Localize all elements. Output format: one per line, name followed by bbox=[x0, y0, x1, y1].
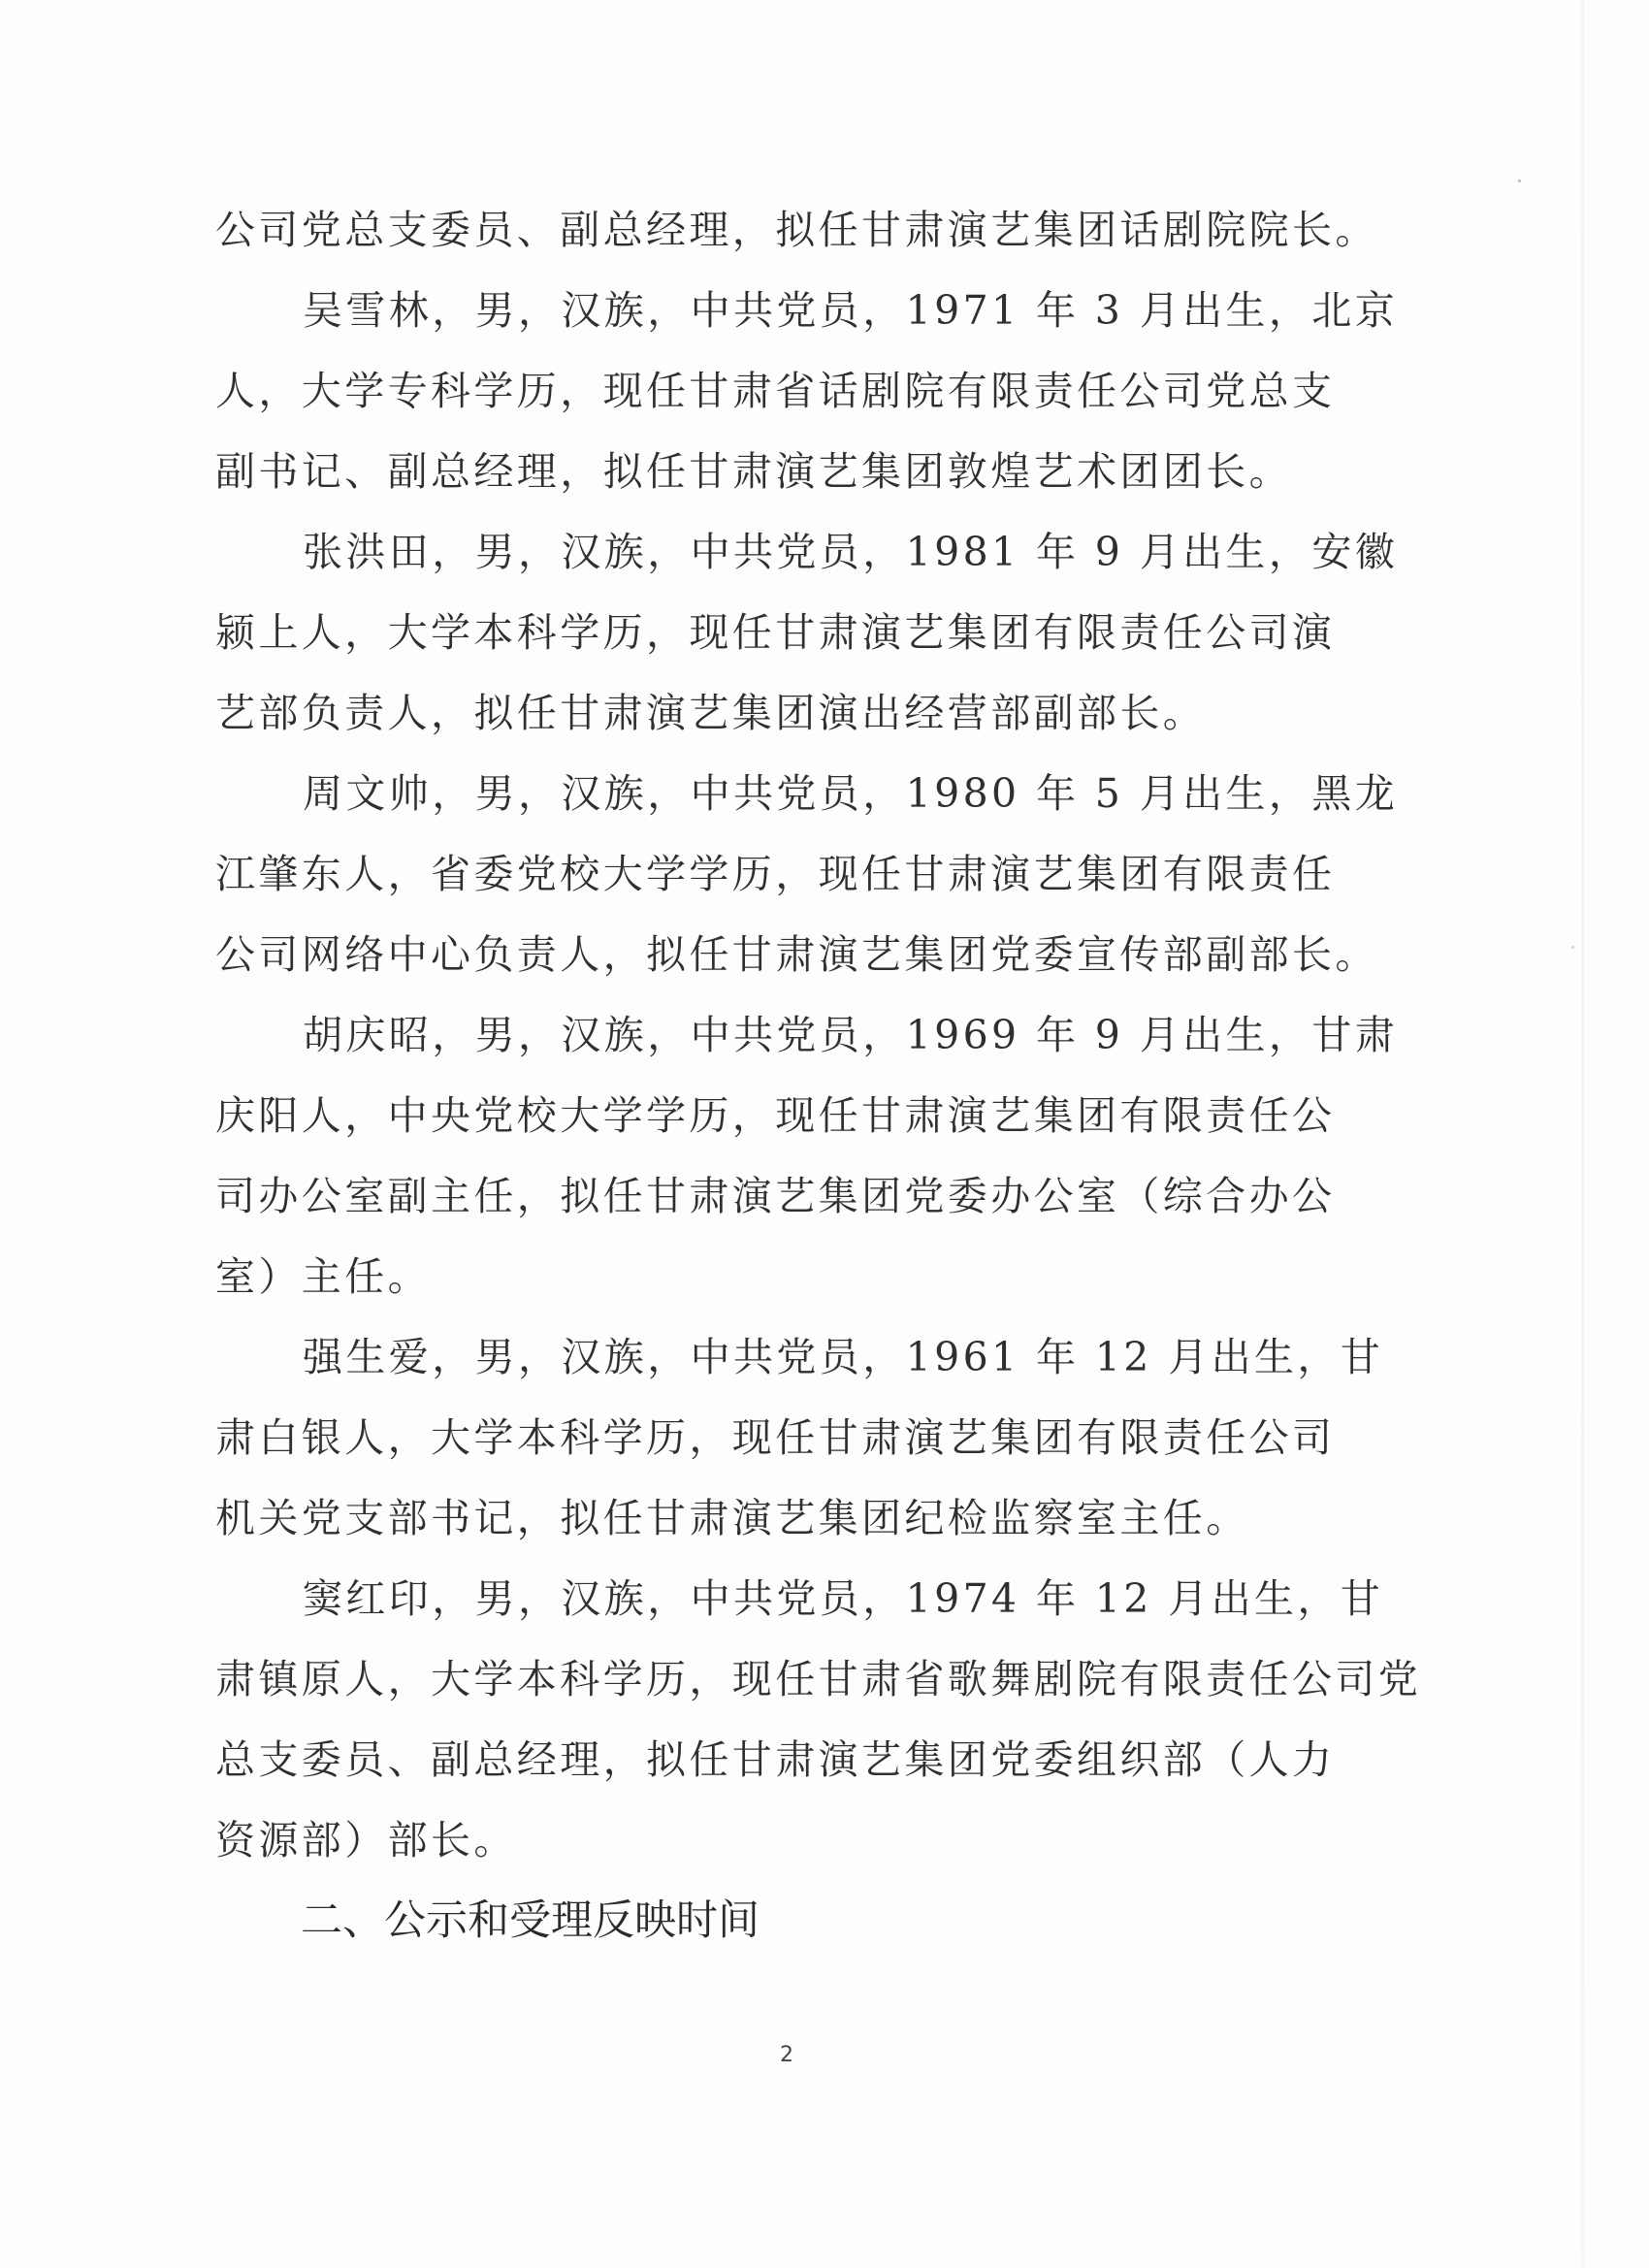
body-line: 司办公室副主任，拟任甘肃演艺集团党委办公室（综合办公 bbox=[215, 1167, 1335, 1225]
body-line: 总支委员、副总经理，拟任甘肃演艺集团党委组织部（人力 bbox=[215, 1731, 1335, 1789]
body-line: 资源部）部长。 bbox=[215, 1811, 517, 1869]
body-line-paragraph-start: 张洪田，男，汉族，中共党员，1981 年 9 月出生，安徽 bbox=[303, 523, 1398, 581]
body-line: 肃镇原人，大学本科学历，现任甘肃省歌舞剧院有限责任公司党 bbox=[215, 1650, 1421, 1708]
body-line: 室）主任。 bbox=[215, 1247, 431, 1306]
scan-speck bbox=[1571, 946, 1574, 949]
body-line: 颍上人，大学本科学历，现任甘肃演艺集团有限责任公司演 bbox=[215, 603, 1335, 662]
section-heading: 二、公示和受理反映时间 bbox=[301, 1892, 760, 1950]
document-page: 公司党总支委员、副总经理，拟任甘肃演艺集团话剧院院长。 吴雪林，男，汉族，中共党… bbox=[0, 0, 1649, 2268]
scan-speck bbox=[1518, 179, 1521, 182]
body-line: 公司网络中心负责人，拟任甘肃演艺集团党委宣传部副部长。 bbox=[215, 925, 1378, 984]
body-line: 副书记、副总经理，拟任甘肃演艺集团敦煌艺术团团长。 bbox=[215, 442, 1292, 501]
body-line-paragraph-start: 强生爱，男，汉族，中共党员，1961 年 12 月出生，甘 bbox=[303, 1328, 1383, 1386]
body-line: 庆阳人，中央党校大学学历，现任甘肃演艺集团有限责任公 bbox=[215, 1086, 1335, 1145]
body-line: 艺部负责人，拟任甘肃演艺集团演出经营部副部长。 bbox=[215, 684, 1206, 742]
body-line: 机关党支部书记，拟任甘肃演艺集团纪检监察室主任。 bbox=[215, 1489, 1249, 1547]
body-line-paragraph-start: 吴雪林，男，汉族，中共党员，1971 年 3 月出生，北京 bbox=[303, 281, 1398, 340]
body-line: 江肇东人，省委党校大学学历，现任甘肃演艺集团有限责任 bbox=[215, 845, 1335, 903]
page-number: 2 bbox=[780, 2043, 793, 2067]
body-line-paragraph-start: 胡庆昭，男，汉族，中共党员，1969 年 9 月出生，甘肃 bbox=[303, 1006, 1398, 1064]
body-line: 肃白银人，大学本科学历，现任甘肃演艺集团有限责任公司 bbox=[215, 1409, 1335, 1467]
scan-edge-artifact bbox=[1581, 0, 1584, 2268]
body-line-paragraph-start: 周文帅，男，汉族，中共党员，1980 年 5 月出生，黑龙 bbox=[303, 764, 1398, 823]
body-line-paragraph-start: 窦红印，男，汉族，中共党员，1974 年 12 月出生，甘 bbox=[303, 1570, 1383, 1628]
body-line: 人，大学专科学历，现任甘肃省话剧院有限责任公司党总支 bbox=[215, 362, 1335, 420]
body-line: 公司党总支委员、副总经理，拟任甘肃演艺集团话剧院院长。 bbox=[215, 201, 1378, 259]
